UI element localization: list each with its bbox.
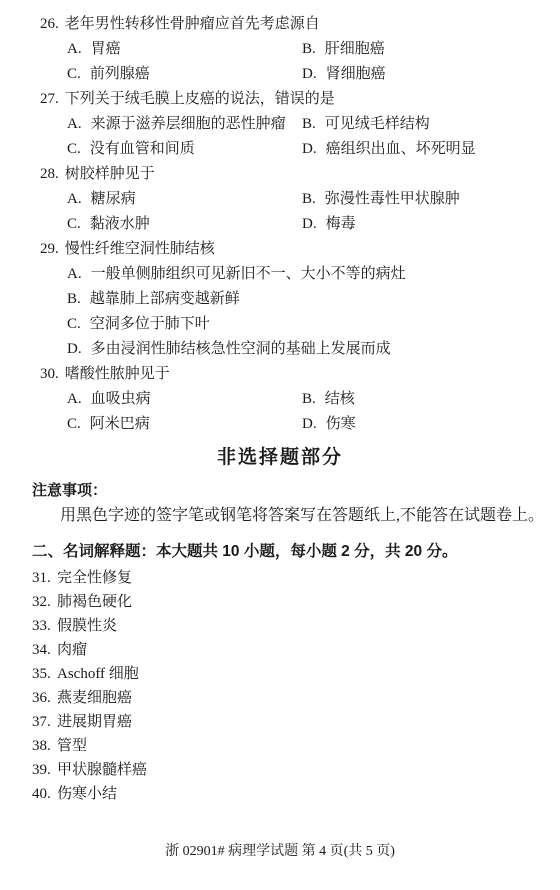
- term-question-32: 32.肺褐色硬化: [32, 590, 560, 614]
- option-label: B.: [302, 41, 316, 57]
- option-row: A.来源于滋养层细胞的恶性肿瘤 B.可见绒毛样结构: [40, 112, 560, 137]
- option-C: C.黏液水肿: [67, 212, 302, 237]
- option-A: A.胃癌: [67, 37, 302, 62]
- term-question-40: 40.伤寒小结: [32, 782, 560, 806]
- option-text: 前列腺癌: [90, 66, 150, 82]
- option-text: 没有血管和间质: [90, 141, 195, 157]
- term-text: 甲状腺髓样癌: [57, 758, 147, 782]
- option-label: A.: [67, 116, 82, 132]
- option-A: A.糖尿病: [67, 187, 302, 212]
- option-label: B.: [67, 291, 81, 307]
- term-question-35: 35.Aschoff 细胞: [32, 662, 560, 686]
- option-label: D.: [302, 416, 317, 432]
- option-row: C.黏液水肿 D.梅毒: [40, 212, 560, 237]
- term-number: 31.: [32, 566, 57, 590]
- option-B: B.弥漫性毒性甲状腺肿: [302, 187, 460, 212]
- question-number: 26.: [40, 12, 59, 37]
- option-label: B.: [302, 191, 316, 207]
- option-B: B.越靠肺上部病变越新鲜: [67, 287, 240, 312]
- question-27: 27. 下列关于绒毛膜上皮癌的说法，错误的是 A.来源于滋养层细胞的恶性肿瘤 B…: [40, 87, 560, 162]
- term-number: 34.: [32, 638, 57, 662]
- term-question-33: 33.假膜性炎: [32, 614, 560, 638]
- part-heading: 非选择题部分: [0, 445, 560, 471]
- term-number: 36.: [32, 686, 57, 710]
- question-28: 28. 树胶样肿见于 A.糖尿病 B.弥漫性毒性甲状腺肿 C.黏液水肿 D.梅毒: [40, 162, 560, 237]
- option-B: B.肝细胞癌: [302, 37, 385, 62]
- question-text: 树胶样肿见于: [65, 162, 155, 187]
- term-text: 伤寒小结: [57, 782, 117, 806]
- option-text: 血吸虫病: [91, 391, 151, 407]
- option-label: D.: [302, 216, 317, 232]
- option-label: D.: [302, 141, 317, 157]
- term-number: 37.: [32, 710, 57, 734]
- mcq-section: 26. 老年男性转移性骨肿瘤应首先考虑源自 A.胃癌 B.肝细胞癌 C.前列腺癌…: [0, 12, 560, 437]
- option-D: D.肾细胞癌: [302, 62, 386, 87]
- term-text: 肉瘤: [57, 638, 87, 662]
- question-number: 30.: [40, 362, 59, 387]
- option-row: D.多由浸润性肺结核急性空洞的基础上发展而成: [40, 337, 560, 362]
- question-stem: 26. 老年男性转移性骨肿瘤应首先考虑源自: [40, 12, 560, 37]
- option-row: B.越靠肺上部病变越新鲜: [40, 287, 560, 312]
- option-D: D.伤寒: [302, 412, 356, 437]
- option-label: B.: [302, 116, 316, 132]
- option-text: 胃癌: [91, 41, 121, 57]
- term-text: 假膜性炎: [57, 614, 117, 638]
- option-C: C.阿米巴病: [67, 412, 302, 437]
- option-label: C.: [67, 141, 81, 157]
- option-text: 多由浸润性肺结核急性空洞的基础上发展而成: [91, 341, 391, 357]
- term-number: 33.: [32, 614, 57, 638]
- question-number: 27.: [40, 87, 59, 112]
- question-number: 28.: [40, 162, 59, 187]
- question-text: 慢性纤维空洞性肺结核: [65, 237, 215, 262]
- option-B: B.可见绒毛样结构: [302, 112, 430, 137]
- option-text: 肝细胞癌: [325, 41, 385, 57]
- option-label: A.: [67, 41, 82, 57]
- option-text: 伤寒: [326, 416, 356, 432]
- option-text: 结核: [325, 391, 355, 407]
- option-text: 梅毒: [326, 216, 356, 232]
- option-label: A.: [67, 191, 82, 207]
- question-stem: 29. 慢性纤维空洞性肺结核: [40, 237, 560, 262]
- question-text: 嗜酸性脓肿见于: [65, 362, 170, 387]
- question-number: 29.: [40, 237, 59, 262]
- option-text: 空洞多位于肺下叶: [90, 316, 210, 332]
- option-label: D.: [67, 341, 82, 357]
- term-text: 完全性修复: [57, 566, 132, 590]
- option-row: C.阿米巴病 D.伤寒: [40, 412, 560, 437]
- option-label: C.: [67, 66, 81, 82]
- page-footer: 浙 02901# 病理学试题 第 4 页(共 5 页): [0, 840, 560, 860]
- option-B: B.结核: [302, 387, 355, 412]
- option-text: 癌组织出血、坏死明显: [326, 141, 476, 157]
- option-row: A.胃癌 B.肝细胞癌: [40, 37, 560, 62]
- option-text: 越靠肺上部病变越新鲜: [90, 291, 240, 307]
- question-stem: 27. 下列关于绒毛膜上皮癌的说法，错误的是: [40, 87, 560, 112]
- option-A: A.一般单侧肺组织可见新旧不一、大小不等的病灶: [67, 262, 406, 287]
- option-row: C.空洞多位于肺下叶: [40, 312, 560, 337]
- term-number: 32.: [32, 590, 57, 614]
- option-label: C.: [67, 416, 81, 432]
- term-text: 进展期胃癌: [57, 710, 132, 734]
- question-text: 老年男性转移性骨肿瘤应首先考虑源自: [65, 12, 320, 37]
- term-question-37: 37.进展期胃癌: [32, 710, 560, 734]
- term-number: 40.: [32, 782, 57, 806]
- term-text: 肺褐色硬化: [57, 590, 132, 614]
- option-row: A.一般单侧肺组织可见新旧不一、大小不等的病灶: [40, 262, 560, 287]
- exam-page: 26. 老年男性转移性骨肿瘤应首先考虑源自 A.胃癌 B.肝细胞癌 C.前列腺癌…: [0, 0, 560, 890]
- term-text: Aschoff 细胞: [57, 662, 139, 686]
- option-text: 来源于滋养层细胞的恶性肿瘤: [91, 116, 286, 132]
- option-D: D.多由浸润性肺结核急性空洞的基础上发展而成: [67, 337, 391, 362]
- option-row: C.没有血管和间质 D.癌组织出血、坏死明显: [40, 137, 560, 162]
- option-row: C.前列腺癌 D.肾细胞癌: [40, 62, 560, 87]
- option-C: C.空洞多位于肺下叶: [67, 312, 210, 337]
- term-question-39: 39.甲状腺髓样癌: [32, 758, 560, 782]
- option-text: 阿米巴病: [90, 416, 150, 432]
- question-29: 29. 慢性纤维空洞性肺结核 A.一般单侧肺组织可见新旧不一、大小不等的病灶 B…: [40, 237, 560, 362]
- option-D: D.梅毒: [302, 212, 356, 237]
- term-text: 燕麦细胞癌: [57, 686, 132, 710]
- option-label: A.: [67, 391, 82, 407]
- term-number: 38.: [32, 734, 57, 758]
- option-text: 黏液水肿: [90, 216, 150, 232]
- option-C: C.没有血管和间质: [67, 137, 302, 162]
- question-30: 30. 嗜酸性脓肿见于 A.血吸虫病 B.结核 C.阿米巴病 D.伤寒: [40, 362, 560, 437]
- option-text: 可见绒毛样结构: [325, 116, 430, 132]
- terms-section: 31.完全性修复 32.肺褐色硬化 33.假膜性炎 34.肉瘤 35.Ascho…: [0, 566, 560, 806]
- option-row: A.糖尿病 B.弥漫性毒性甲状腺肿: [40, 187, 560, 212]
- option-A: A.来源于滋养层细胞的恶性肿瘤: [67, 112, 302, 137]
- question-26: 26. 老年男性转移性骨肿瘤应首先考虑源自 A.胃癌 B.肝细胞癌 C.前列腺癌…: [40, 12, 560, 87]
- option-C: C.前列腺癌: [67, 62, 302, 87]
- notice-block: 注意事项： 用黑色字迹的签字笔或钢笔将答案写在答题纸上,不能答在试题卷上。: [0, 479, 560, 529]
- term-number: 39.: [32, 758, 57, 782]
- question-text: 下列关于绒毛膜上皮癌的说法，错误的是: [65, 87, 335, 112]
- term-text: 管型: [57, 734, 87, 758]
- notice-body: 用黑色字迹的签字笔或钢笔将答案写在答题纸上,不能答在试题卷上。: [32, 503, 560, 529]
- option-text: 糖尿病: [91, 191, 136, 207]
- option-text: 肾细胞癌: [326, 66, 386, 82]
- term-question-31: 31.完全性修复: [32, 566, 560, 590]
- option-label: D.: [302, 66, 317, 82]
- option-label: C.: [67, 216, 81, 232]
- question-stem: 30. 嗜酸性脓肿见于: [40, 362, 560, 387]
- option-text: 弥漫性毒性甲状腺肿: [325, 191, 460, 207]
- option-label: C.: [67, 316, 81, 332]
- notice-title: 注意事项：: [32, 479, 560, 503]
- term-question-38: 38.管型: [32, 734, 560, 758]
- option-label: B.: [302, 391, 316, 407]
- question-stem: 28. 树胶样肿见于: [40, 162, 560, 187]
- term-question-34: 34.肉瘤: [32, 638, 560, 662]
- option-row: A.血吸虫病 B.结核: [40, 387, 560, 412]
- option-A: A.血吸虫病: [67, 387, 302, 412]
- option-text: 一般单侧肺组织可见新旧不一、大小不等的病灶: [91, 266, 406, 282]
- option-label: A.: [67, 266, 82, 282]
- section2-heading: 二、名词解释题：本大题共 10 小题，每小题 2 分，共 20 分。: [0, 539, 560, 564]
- term-question-36: 36.燕麦细胞癌: [32, 686, 560, 710]
- term-number: 35.: [32, 662, 57, 686]
- option-D: D.癌组织出血、坏死明显: [302, 137, 476, 162]
